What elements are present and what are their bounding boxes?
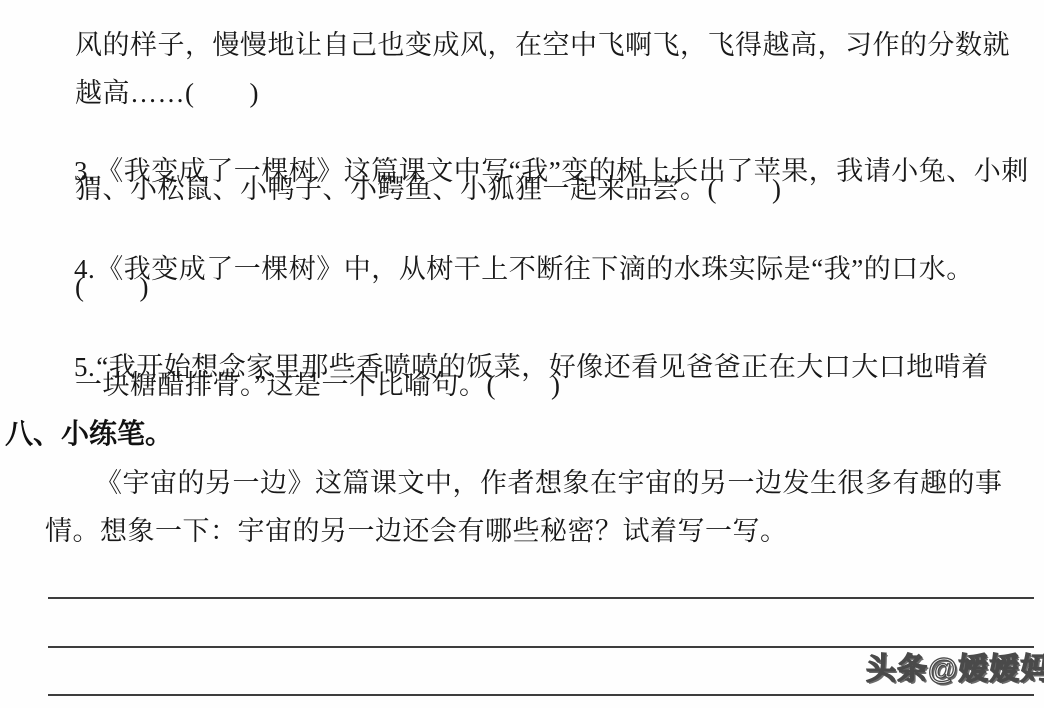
answer-rule-line-2 <box>48 646 1034 648</box>
statement-2-continuation-line-1: 风的样子，慢慢地让自己也变成风，在空中飞啊飞，飞得越高，习作的分数就 <box>75 30 1010 60</box>
statement-3-line-2: 猬、小松鼠、小鸭子、小鳄鱼、小狐狸一起来品尝。( ) <box>75 174 781 204</box>
toutiao-watermark: 头条@嫒嫒妈 <box>866 653 1044 687</box>
statement-2-continuation-line-2: 越高……( ) <box>75 78 259 108</box>
statement-4-text: 《我变成了一棵树》中，从树干上不断往下滴的水珠实际是“我”的口水。 <box>96 254 973 284</box>
answer-rule-line-3 <box>48 694 1034 696</box>
prompt-line-1: 《宇宙的另一边》这篇课文中，作者想象在宇宙的另一边发生很多有趣的事 <box>95 468 1003 498</box>
worksheet-page: 风的样子，慢慢地让自己也变成风，在空中飞啊飞，飞得越高，习作的分数就 越高……(… <box>0 0 1044 708</box>
statement-4-line-2: ( ) <box>75 272 149 302</box>
statement-5-line-2: 一块糖醋排骨。”这是一个比喻句。( ) <box>75 370 560 400</box>
section-8-heading: 八、小练笔。 <box>5 419 173 449</box>
prompt-line-2: 情。想象一下：宇宙的另一边还会有哪些秘密？试着写一写。 <box>45 516 788 546</box>
answer-rule-line-1 <box>48 597 1034 599</box>
statement-4-line-1: 4.《我变成了一棵树》中，从树干上不断往下滴的水珠实际是“我”的口水。 <box>45 224 974 314</box>
